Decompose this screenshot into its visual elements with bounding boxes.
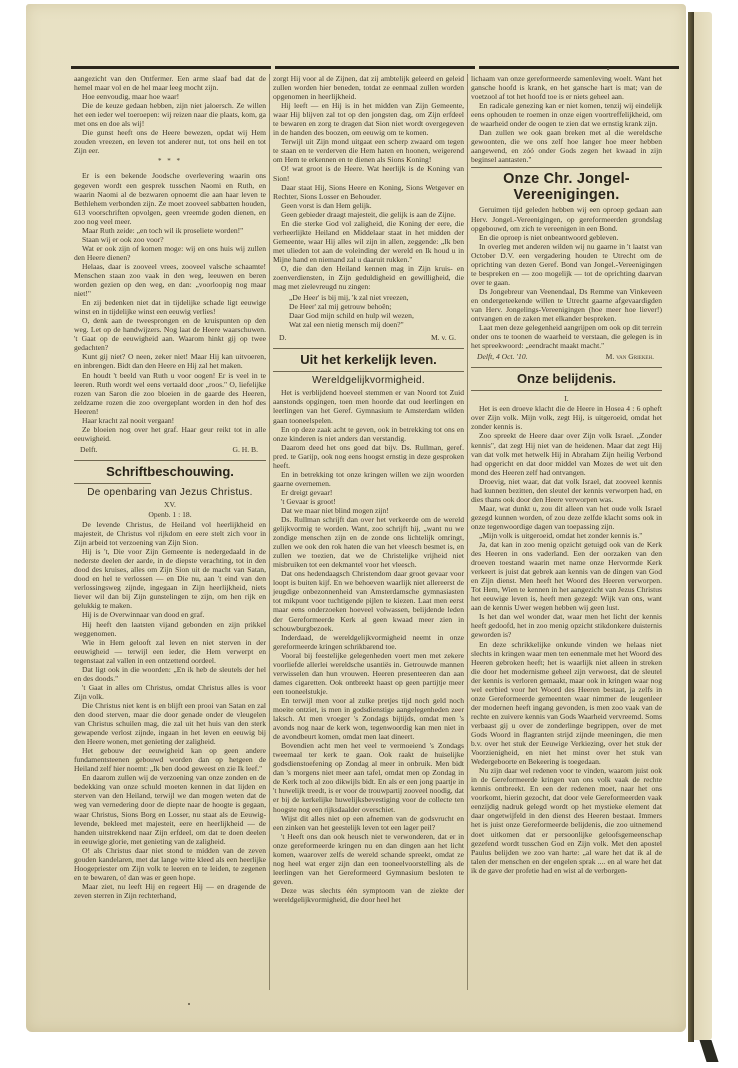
paragraph: Geen vorst is dan Hem gelijk. bbox=[273, 201, 464, 210]
paragraph: Het gebouw der eeuwigheid kan op geen an… bbox=[74, 746, 266, 773]
paragraph: Hij heeft den laatsten vijand gebonden e… bbox=[74, 620, 266, 638]
poem-line: Wat zal een nietig mensch mij doen?" bbox=[289, 320, 464, 329]
paragraph: Wat er ook zijn of komen moge: wij en on… bbox=[74, 244, 266, 262]
paragraph: En die sterke God vol zaligheid, die Kon… bbox=[273, 219, 464, 264]
paragraph: En radicale genezing kan er niet komen, … bbox=[471, 101, 662, 128]
paragraph: „Mijn volk is uitgeroeid, omdat het zond… bbox=[471, 531, 662, 540]
paragraph: Ds Jongebreur van Veenendaal, Ds Remme v… bbox=[471, 287, 662, 323]
signature-author: G. H. B. bbox=[232, 445, 258, 454]
paragraph: Hoe eenvoudig, maar hoe waar! bbox=[74, 92, 266, 101]
paragraph: Daarom deed het ons goed dat bijv. Ds. R… bbox=[273, 443, 464, 470]
paragraph: Ze bloeien nog over het graf. Haar geur … bbox=[74, 425, 266, 443]
divider-rule bbox=[471, 367, 662, 368]
divider-rule bbox=[471, 167, 662, 168]
paragraph: Haar kracht zal nooit vergaan! bbox=[74, 416, 266, 425]
paragraph: En op deze zaak acht te geven, ook in be… bbox=[273, 425, 464, 443]
paragraph: Bovendien acht men het veel te vermoeien… bbox=[273, 741, 464, 813]
paragraph: Dat we maar niet blind mogen zijn! bbox=[273, 506, 464, 515]
paragraph: O! als Christus daar niet stond te midde… bbox=[74, 846, 266, 882]
divider-rule bbox=[74, 460, 266, 461]
paragraph: Maar ziet, nu leeft Hij en regeert Hij —… bbox=[74, 882, 266, 900]
paragraph: Staan wij er ook zoo voor? bbox=[74, 235, 266, 244]
paragraph: Laat men deze gelegenheid aangrijpen om … bbox=[471, 323, 662, 350]
paragraph: En zij bedenken niet dat in tijdelijke s… bbox=[74, 298, 266, 316]
poem-line: „De Heer' is bij mij, 'k zal niet vreeze… bbox=[289, 293, 464, 302]
column-left: aangezicht van den Ontfermer. Een arme s… bbox=[71, 74, 269, 990]
paragraph: O, die dan den Heiland kennen mag in Zij… bbox=[273, 264, 464, 291]
section-heading: Uit het kerkelijk leven. bbox=[273, 352, 464, 368]
paper-speck bbox=[188, 1003, 190, 1005]
divider-rule bbox=[273, 371, 464, 372]
adjacent-page-edge bbox=[694, 12, 712, 1040]
paragraph: Helaas, daar is zooveel vrees, zooveel v… bbox=[74, 262, 266, 298]
paragraph: Hij is de Overwinnaar van dood en graf. bbox=[74, 610, 266, 619]
paragraph: aangezicht van den Ontfermer. Een arme s… bbox=[74, 74, 266, 92]
divider-rule bbox=[74, 483, 151, 484]
paragraph: Vooral bij feestelijke gelegenheden voer… bbox=[273, 651, 464, 696]
signature-line: D.M. v. G. bbox=[273, 331, 464, 345]
article-columns: aangezicht van den Ontfermer. Een arme s… bbox=[71, 74, 679, 990]
paragraph: Er dreigt gevaar! bbox=[273, 488, 464, 497]
divider-rule bbox=[471, 390, 662, 391]
section-heading: Onze belijdenis. bbox=[471, 371, 662, 387]
signature-place: D. bbox=[279, 333, 286, 342]
paragraph: Deze was slechts één symptoom van de zie… bbox=[273, 886, 464, 904]
paragraph: Wie in Hem gelooft zal leven en niet ste… bbox=[74, 638, 266, 665]
paragraph: Nu zijn daar wel redenen voor te vinden,… bbox=[471, 766, 662, 875]
paragraph: Het is een droeve klacht die de Heere in… bbox=[471, 404, 662, 431]
paragraph: Ds. Rullman schrijft dan over het verkee… bbox=[273, 515, 464, 569]
paragraph: Geruimen tijd geleden hebben wij een opr… bbox=[471, 205, 662, 232]
paragraph: 't Heeft ons dan ook heusch niet te verw… bbox=[273, 832, 464, 886]
paper-speck bbox=[607, 68, 609, 70]
paragraph: Er is een bekende Joodsche overlevering … bbox=[74, 171, 266, 225]
paragraph: In overleg met anderen wilden wij nu gaa… bbox=[471, 242, 662, 287]
paragraph: Daar staat Hij, Sions Heere en Koning, S… bbox=[273, 183, 464, 201]
paragraph: Dat ligt ook in die woorden: „En ik heb … bbox=[74, 665, 266, 683]
paragraph: O! wat groot is de Heere. Wat heerlijk i… bbox=[273, 164, 464, 182]
paragraph: En houdt 't beeld van Ruth u voor oogen!… bbox=[74, 371, 266, 416]
signature-place: Delft, 4 Oct. '10. bbox=[477, 352, 528, 361]
paragraph: Dan zullen we ook gaan breken met al die… bbox=[471, 128, 662, 164]
signature-author: M. v. G. bbox=[431, 333, 456, 342]
paragraph: En die oproep is niet onbeantwoord geble… bbox=[471, 233, 662, 242]
paragraph: Zoo spreekt de Heere daar over Zijn volk… bbox=[471, 431, 662, 476]
column-right: lichaam van onze gereformeerde samenlevi… bbox=[467, 74, 665, 990]
paragraph: Terwijl uit Zijn mond uitgaat een scherp… bbox=[273, 137, 464, 164]
paragraph: Maar Ruth zeide: „en toch wil ik proseli… bbox=[74, 226, 266, 235]
column-middle: zorgt Hij voor al de Zijnen, dat zij amb… bbox=[269, 74, 467, 990]
paragraph: Kunt gij niet? O neen, zeker niet! Maar … bbox=[74, 352, 266, 370]
signature-author: M. van Griekeн. bbox=[606, 352, 654, 361]
paragraph: lichaam van onze gereformeerde samenlevi… bbox=[471, 74, 662, 101]
paragraph: Is het dan wel wonder dat, waar men het … bbox=[471, 612, 662, 639]
article-subheading: De openbaring van Jezus Christus. bbox=[74, 487, 266, 499]
paragraph: Hij leeft — en Hij is in het midden van … bbox=[273, 101, 464, 137]
paragraph: Ja, dat kan in zoo menig opzicht getuigd… bbox=[471, 540, 662, 612]
binding-corner bbox=[699, 1040, 718, 1062]
centered-line: Openb. 1 : 18. bbox=[74, 510, 266, 519]
paragraph: Die gunst heeft ons de Heere bewezen, op… bbox=[74, 128, 266, 155]
centered-line: XV. bbox=[74, 500, 266, 509]
paragraph: Het is verblijdend hoeveel stemmen er va… bbox=[273, 388, 464, 424]
paragraph: En daarom zullen wij de verzoening van o… bbox=[74, 773, 266, 845]
signature-line: Delft.G. H. B. bbox=[74, 443, 266, 457]
paragraph: 't Gaat in alles om Christus, omdat Chri… bbox=[74, 683, 266, 701]
article-subheading: Wereldgelijkvormigheid. bbox=[273, 375, 464, 387]
header-rule bbox=[275, 66, 475, 69]
paragraph: Inderdaad, de wereldgelijkvormigheid nee… bbox=[273, 633, 464, 651]
paragraph: Die de keuze gedaan hebben, zijn niet ja… bbox=[74, 101, 266, 128]
poem-line: De Heer' zal mij getrouw behoên; bbox=[289, 302, 464, 311]
paragraph: Dat ons hedendaagsch Christendom daar gr… bbox=[273, 569, 464, 632]
header-rule bbox=[479, 66, 679, 69]
paragraph: Hij is 't, Die voor Zijn Gemeente is ned… bbox=[74, 547, 266, 610]
paragraph: Die Christus niet kent is en blijft een … bbox=[74, 701, 266, 746]
paragraph: Maar, wat dunkt u, zou dit alleen van he… bbox=[471, 504, 662, 531]
paragraph: 't Gevaar is groot! bbox=[273, 497, 464, 506]
header-rules bbox=[71, 66, 679, 69]
paragraph: En in betrekking tot onze kringen willen… bbox=[273, 470, 464, 488]
paragraph: En terwijl men voor al zulke pretjes tij… bbox=[273, 696, 464, 741]
paragraph: O, denk aan de tweesprongen en de kruisp… bbox=[74, 316, 266, 352]
section-heading: Schriftbeschouwing. bbox=[74, 464, 266, 480]
paragraph: En deze schrikkelijke onkunde vinden we … bbox=[471, 640, 662, 767]
signature-place: Delft. bbox=[80, 445, 98, 454]
signature-line: Delft, 4 Oct. '10.M. van Griekeн. bbox=[471, 350, 662, 364]
section-heading: Onze Chr. Jongel-Vereenigingen. bbox=[471, 171, 662, 203]
header-rule bbox=[71, 66, 271, 69]
poem-line: Daar God mijn schild en hulp wil wezen, bbox=[289, 311, 464, 320]
paragraph: Wijst dit alles niet op een afnemen van … bbox=[273, 814, 464, 832]
paragraph: De levende Christus, de Heiland vol heer… bbox=[74, 520, 266, 547]
paragraph: Geen gebieder draagt majesteit, die geli… bbox=[273, 210, 464, 219]
paragraph: Droevig, niet waar, dat dat volk Israel,… bbox=[471, 477, 662, 504]
divider-rule bbox=[273, 348, 464, 349]
section-ornament: * * * bbox=[74, 157, 266, 166]
centered-line: I. bbox=[471, 394, 662, 403]
poem-verse: „De Heer' is bij mij, 'k zal niet vreeze… bbox=[273, 293, 464, 329]
paragraph: zorgt Hij voor al de Zijnen, dat zij amb… bbox=[273, 74, 464, 101]
